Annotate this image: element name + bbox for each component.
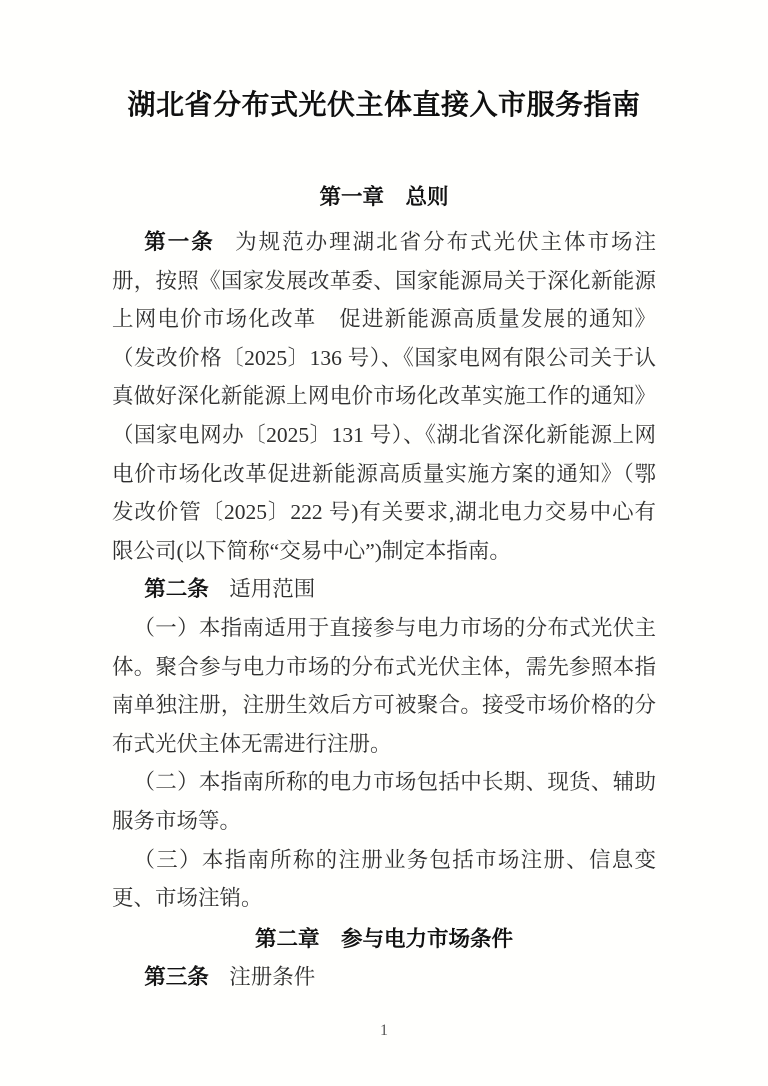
article-2: 第二条适用范围: [112, 570, 656, 609]
article-1-label: 第一条: [144, 230, 214, 254]
chapter-2-heading: 第二章 参与电力市场条件: [112, 920, 656, 959]
article-3-title: 注册条件: [229, 965, 315, 989]
article-2-item-1: （一）本指南适用于直接参与电力市场的分布式光伏主体。聚合参与电力市场的分布式光伏…: [112, 609, 656, 763]
article-3: 第三条注册条件: [112, 958, 656, 997]
article-2-title: 适用范围: [229, 577, 315, 601]
chapter-1-heading: 第一章 总则: [0, 184, 768, 210]
article-2-item-3: （三）本指南所称的注册业务包括市场注册、信息变更、市场注销。: [112, 841, 656, 918]
article-2-item-2: （二）本指南所称的电力市场包括中长期、现货、辅助服务市场等。: [112, 763, 656, 840]
article-1-text: 为规范办理湖北省分布式光伏主体市场注册，按照《国家发展改革委、国家能源局关于深化…: [112, 230, 656, 563]
page-number: 1: [0, 1019, 768, 1043]
article-3-label: 第三条: [144, 965, 209, 989]
article-2-label: 第二条: [144, 577, 209, 601]
document-body: 第一条为规范办理湖北省分布式光伏主体市场注册，按照《国家发展改革委、国家能源局关…: [112, 223, 656, 997]
article-1: 第一条为规范办理湖北省分布式光伏主体市场注册，按照《国家发展改革委、国家能源局关…: [112, 223, 656, 570]
document-title: 湖北省分布式光伏主体直接入市服务指南: [0, 0, 768, 126]
document-page: 湖北省分布式光伏主体直接入市服务指南 第一章 总则 第一条为规范办理湖北省分布式…: [0, 0, 768, 1086]
